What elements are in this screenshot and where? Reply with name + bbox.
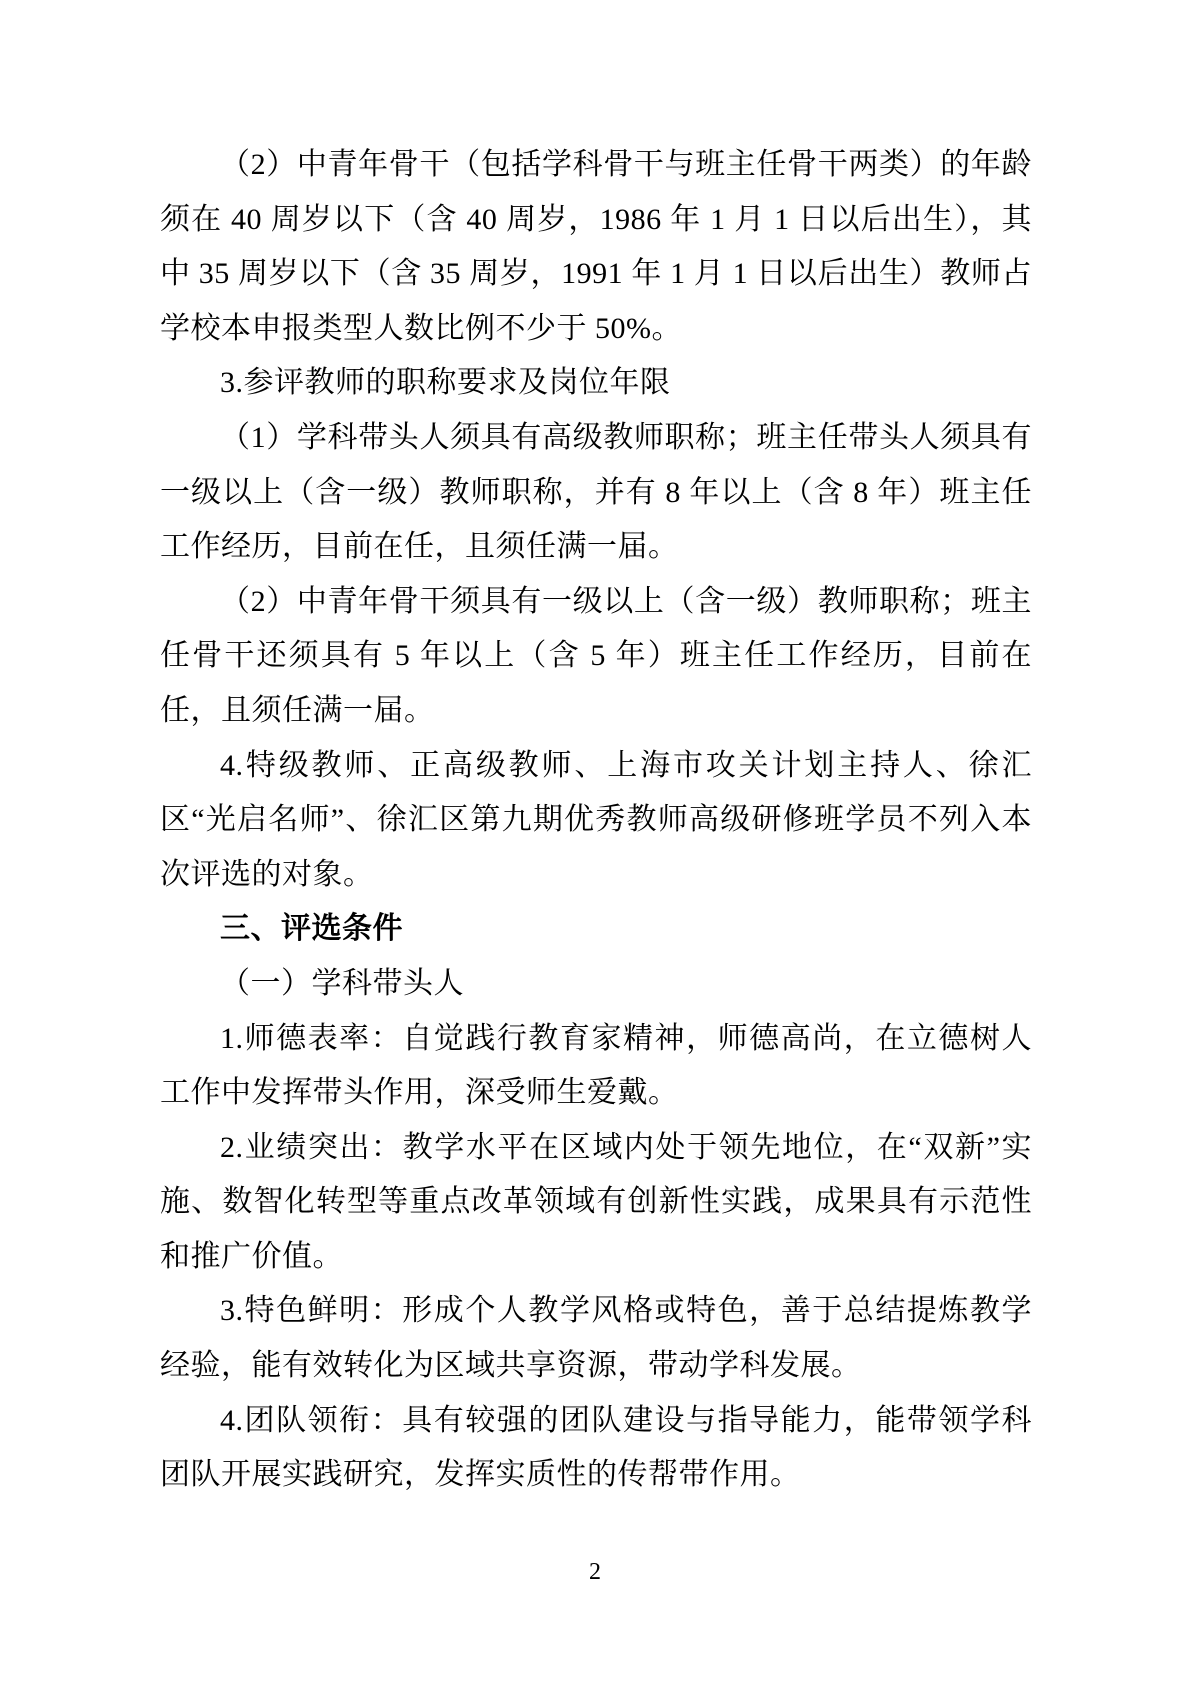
document-body: （2）中青年骨干（包括学科骨干与班主任骨干两类）的年龄须在 40 周岁以下（含 … [160, 138, 1032, 1503]
para-exclusion-list: 4.特级教师、正高级教师、上海市攻关计划主持人、徐汇区“光启名师”、徐汇区第九期… [160, 739, 1032, 903]
document-page: （2）中青年骨干（包括学科骨干与班主任骨干两类）的年龄须在 40 周岁以下（含 … [0, 0, 1190, 1683]
para-criterion-tese-xianming: 3.特色鲜明：形成个人教学风格或特色，善于总结提炼教学经验，能有效转化为区域共享… [160, 1284, 1032, 1393]
para-age-requirement: （2）中青年骨干（包括学科骨干与班主任骨干两类）的年龄须在 40 周岁以下（含 … [160, 138, 1032, 356]
para-title-requirement-heading: 3.参评教师的职称要求及岗位年限 [160, 356, 1032, 411]
para-young-backbone-title-requirement: （2）中青年骨干须具有一级以上（含一级）教师职称；班主任骨干还须具有 5 年以上… [160, 575, 1032, 739]
para-criterion-yeji-tuchu: 2.业绩突出：教学水平在区域内处于领先地位，在“双新”实施、数智化转型等重点改革… [160, 1121, 1032, 1285]
para-subject-leader-title-requirement: （1）学科带头人须具有高级教师职称；班主任带头人须具有一级以上（含一级）教师职称… [160, 411, 1032, 575]
para-subject-leader-section-title: （一）学科带头人 [160, 957, 1032, 1012]
para-criterion-tuandui-lingxian: 4.团队领衔：具有较强的团队建设与指导能力，能带领学科团队开展实践研究，发挥实质… [160, 1394, 1032, 1503]
heading-selection-criteria: 三、评选条件 [160, 902, 1032, 957]
para-criterion-shide-biaoshuai: 1.师德表率：自觉践行教育家精神，师德高尚，在立德树人工作中发挥带头作用，深受师… [160, 1012, 1032, 1121]
page-number: 2 [0, 1556, 1190, 1588]
